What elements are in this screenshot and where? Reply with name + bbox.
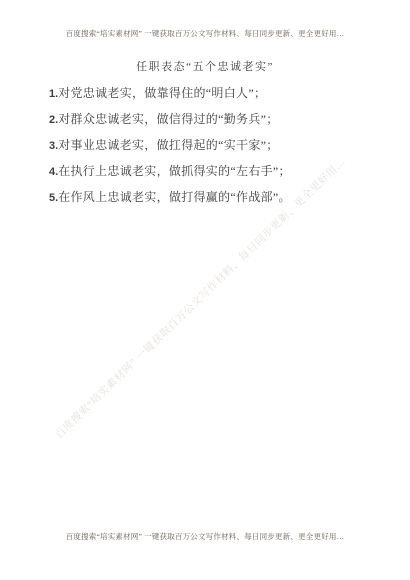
item-number: 5. xyxy=(49,192,58,204)
item-text: 在作风上忠诚老实，做打得赢的“作战部”。 xyxy=(58,190,291,204)
document-page: 百度搜索“培实素材网” 一键获取百万公文写作材料、每日同步更新、更全更好用… 百… xyxy=(0,0,410,580)
item-number: 3. xyxy=(49,140,58,152)
list-item: 4.在执行上忠诚老实，做抓得实的“左右手”； xyxy=(49,164,386,179)
footer-promo-text: 百度搜索“培实素材网” 一键获取百万公文写作材料、每日同步更新、更全更好用… xyxy=(0,531,410,542)
item-number: 2. xyxy=(49,114,58,126)
item-list: 1.对党忠诚老实，做靠得住的“明白人”； 2.对群众忠诚老实，做信得过的“勤务兵… xyxy=(49,86,386,216)
page-title: 任职表态“五个忠诚老实” xyxy=(0,58,410,74)
item-number: 1. xyxy=(49,88,58,100)
item-text: 对事业忠诚老实，做扛得起的“实干家”； xyxy=(58,138,278,152)
list-item: 2.对群众忠诚老实，做信得过的“勤务兵”； xyxy=(49,112,386,127)
item-text: 对党忠诚老实，做靠得住的“明白人”； xyxy=(58,86,266,100)
list-item: 5.在作风上忠诚老实，做打得赢的“作战部”。 xyxy=(49,190,386,205)
item-number: 4. xyxy=(49,166,58,178)
list-item: 3.对事业忠诚老实，做扛得起的“实干家”； xyxy=(49,138,386,153)
header-promo-text: 百度搜索“培实素材网” 一键获取百万公文写作材料、每日同步更新、更全更好用… xyxy=(0,28,410,39)
item-text: 对群众忠诚老实，做信得过的“勤务兵”； xyxy=(58,112,278,126)
list-item: 1.对党忠诚老实，做靠得住的“明白人”； xyxy=(49,86,386,101)
item-text: 在执行上忠诚老实，做抓得实的“左右手”； xyxy=(58,164,291,178)
